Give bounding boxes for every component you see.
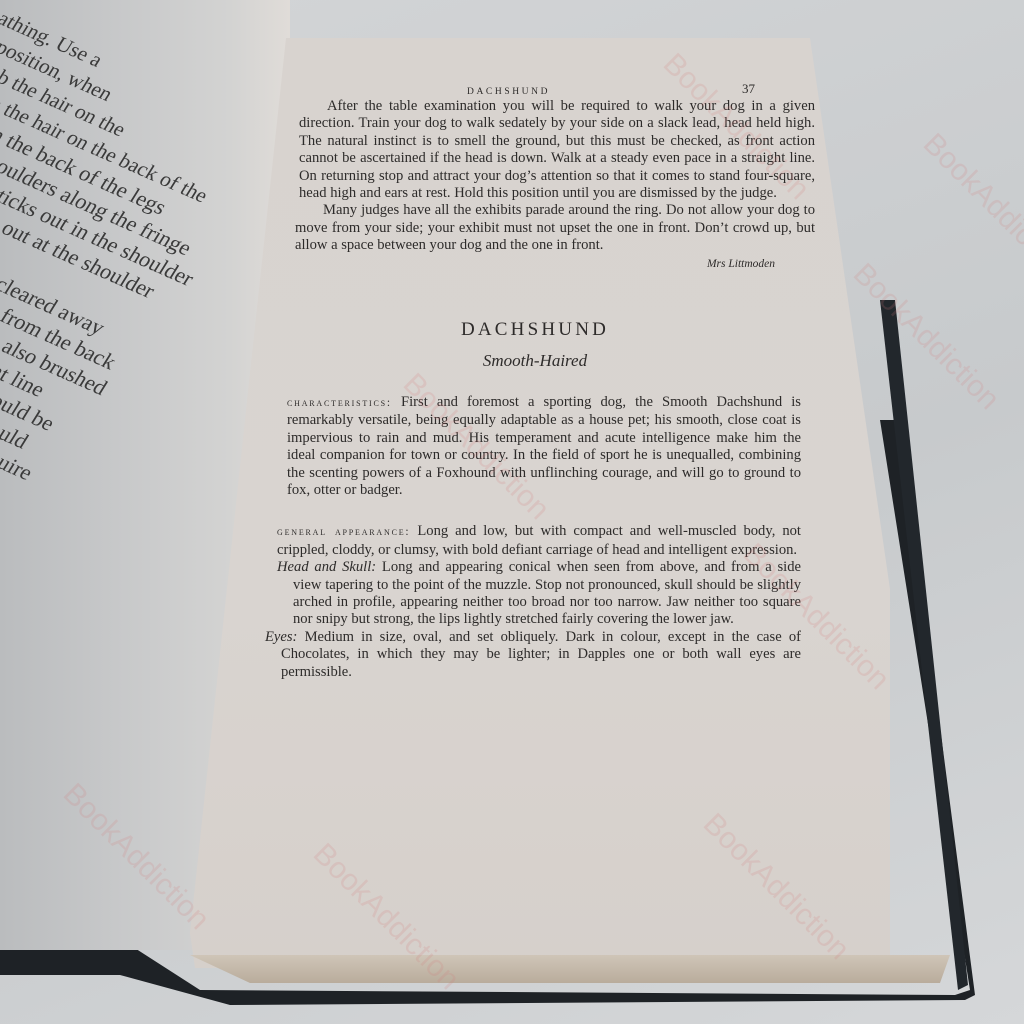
author-signature: Mrs Littmoden — [255, 256, 815, 273]
section-label: characteristics: — [287, 397, 392, 409]
breed-title: DACHSHUND — [255, 321, 815, 338]
general-appearance-section: general appearance: Long and low, but wi… — [255, 523, 815, 681]
running-head-title: DACHSHUND — [467, 84, 550, 101]
characteristics-section: characteristics: First and foremost a sp… — [255, 394, 815, 499]
head-and-skull-entry: Head and Skull: Long and appearing conic… — [277, 559, 801, 629]
eyes-entry: Eyes: Medium in size, oval, and set obli… — [265, 629, 801, 681]
running-head: DACHSHUND 37 — [255, 80, 815, 98]
entry-label: Head and Skull: — [277, 559, 376, 575]
right-page-content: DACHSHUND 37 After the table examination… — [255, 80, 815, 681]
page-number: 37 — [742, 80, 755, 97]
entry-label: Eyes: — [265, 629, 297, 645]
intro-paragraph: Many judges have all the exhibits parade… — [255, 202, 815, 254]
page-block-edge — [190, 955, 960, 983]
entry-text: Medium in size, oval, and set obliquely.… — [281, 629, 801, 680]
section-label: general appearance: — [277, 526, 410, 538]
section-text: First and foremost a sporting dog, the S… — [287, 394, 801, 498]
intro-paragraph: After the table examination you will be … — [255, 98, 815, 202]
breed-subtitle: Smooth-Haired — [255, 352, 815, 369]
